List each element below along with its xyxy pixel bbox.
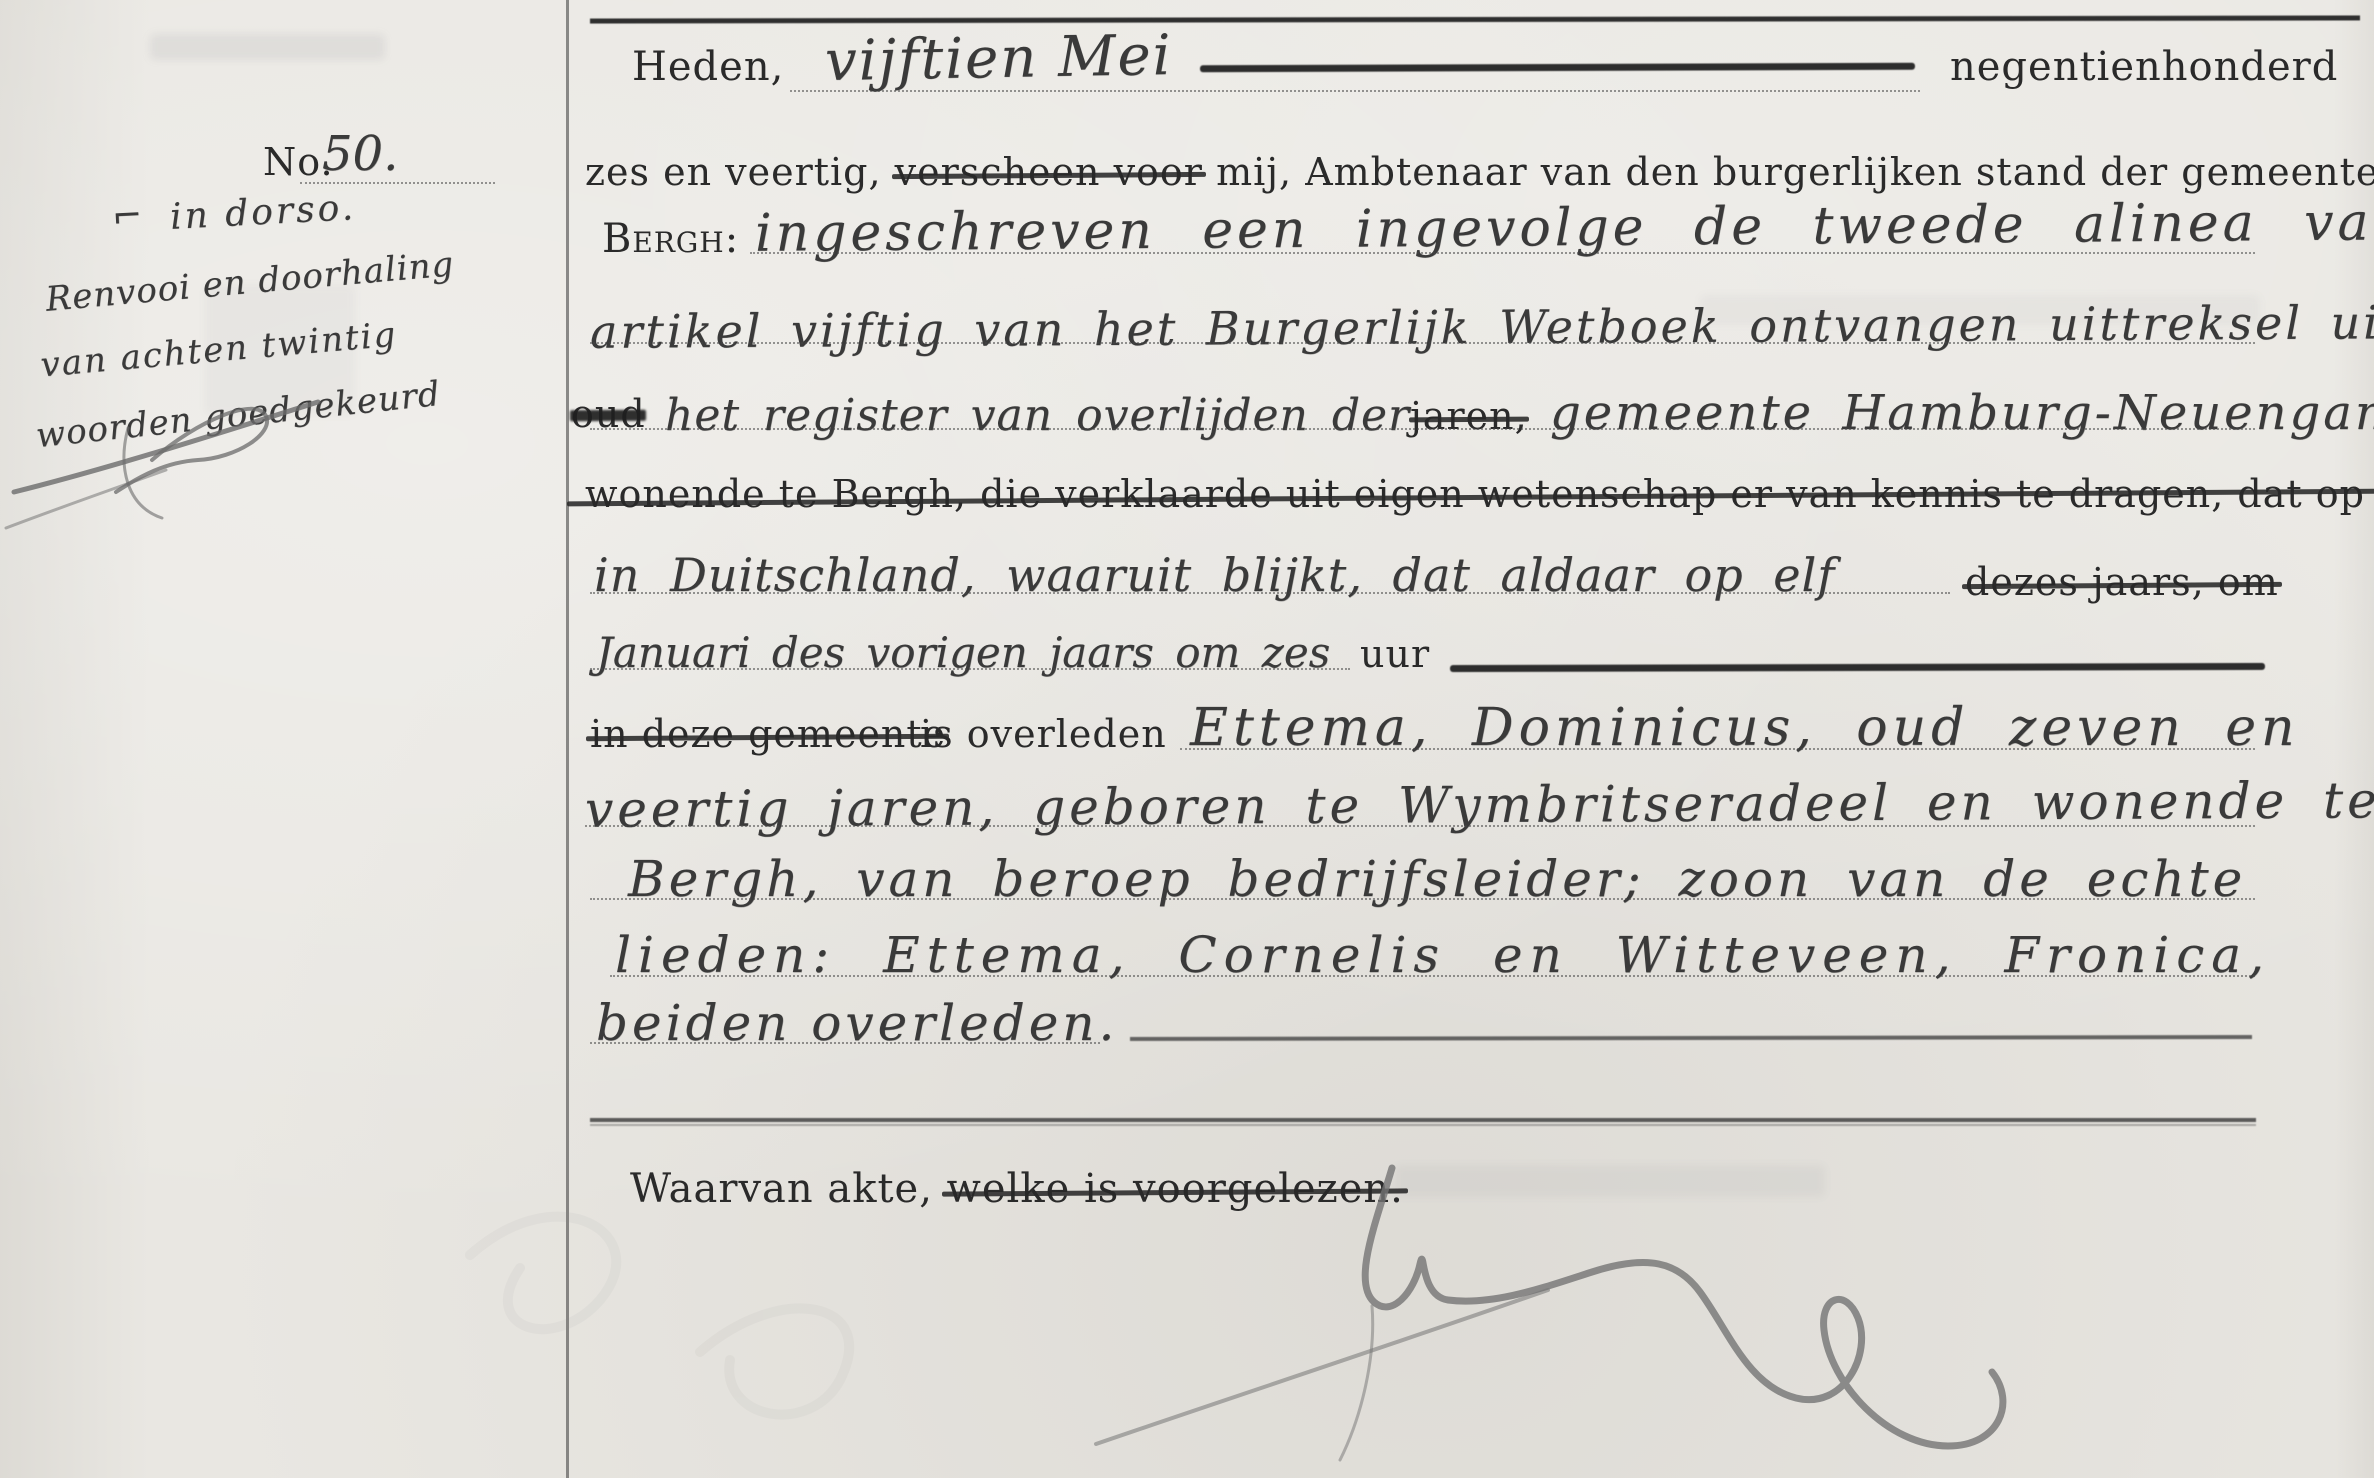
printed-negentienhonderd: negentienhonderd	[1950, 44, 2338, 90]
printed-is-overleden: is overleden	[920, 712, 1167, 756]
printed-uur: uur	[1360, 632, 1430, 676]
struck-welke-voorgelezen: welke is voorgelezen.	[947, 1166, 1404, 1212]
ruled-line-13	[590, 1042, 1100, 1044]
ruled-line-8	[590, 668, 1350, 670]
struck-jaren-wrap: jaren,	[1410, 394, 1528, 438]
closing-rule-full	[590, 1118, 2256, 1122]
margin-note-dorso: in dorso.	[169, 187, 357, 238]
printed-ambtenaar: mij, Ambtenaar van den burgerlijken stan…	[1216, 150, 2374, 194]
ruled-line-5	[590, 428, 2255, 430]
ruled-line-7	[590, 592, 1950, 594]
struck-verscheen-voor: verscheen voor	[895, 150, 1203, 194]
ruled-line-3	[750, 252, 2255, 254]
faint-scribble	[470, 1217, 849, 1415]
date-dotted-line	[790, 90, 1920, 92]
struck-dezes-jaars: dezes jaars, om	[1965, 560, 2279, 604]
printed-zes-en-veertig: zes en veertig,	[585, 150, 882, 194]
margin-note-dorso-mark: ⌐	[111, 195, 143, 238]
date-filler-stroke	[1200, 63, 1915, 72]
margin-divider-line	[566, 0, 569, 1478]
ruled-line-12	[610, 975, 2255, 977]
handwritten-veertig-jaren: veertig jaren, geboren te Wymbritseradee…	[585, 771, 2374, 838]
printed-year-line: zes en veertig, verscheen voor mij, Ambt…	[585, 150, 2374, 194]
closing-rule-full-echo	[590, 1124, 2256, 1126]
bleed-through-artifact	[1395, 1165, 1825, 1197]
act-number-dotted-line	[300, 182, 495, 184]
struck-wonende-wrap: wonende te Bergh, die verklaarde uit eig…	[585, 472, 2365, 516]
struck-jaren: jaren,	[1410, 394, 1528, 438]
bleed-through-artifact	[150, 34, 385, 60]
ruled-line-4	[590, 342, 2255, 344]
struck-dezes-wrap: dezes jaars, om	[1965, 560, 2279, 604]
printed-waarvan-akte: Waarvan akte,	[630, 1166, 933, 1212]
death-record-page: No. 50. ⌐ in dorso. Renvooi en doorhalin…	[0, 0, 2374, 1478]
printed-heden: Heden,	[632, 44, 784, 90]
ruled-line-11	[590, 898, 2255, 900]
act-number: 50.	[322, 126, 398, 182]
struck-wonende-line: wonende te Bergh, die verklaarde uit eig…	[585, 472, 2365, 516]
printed-gemeente-bergh: Bergh:	[602, 216, 739, 262]
top-rule-line	[590, 15, 2360, 23]
handwritten-register: het register van overlijden der	[665, 390, 1410, 441]
handwritten-artikel-vijftig: artikel vijftig van het Burgerlijk Wetbo…	[590, 295, 2374, 358]
uur-filler-stroke	[1450, 663, 2265, 672]
ruled-line-9	[1180, 748, 2255, 750]
closing-waarvan-line: Waarvan akte, welke is voorgelezen.	[630, 1166, 1404, 1212]
closing-rule-short	[1130, 1035, 2252, 1041]
struck-in-deze-wrap: in deze gemeente	[590, 712, 946, 756]
ruled-line-10	[585, 825, 2255, 827]
handwritten-hamburg-neuengamme: gemeente Hamburg-Neuengamme	[1550, 385, 2374, 441]
struck-in-deze-gemeente: in deze gemeente	[590, 712, 946, 756]
handwritten-date: vijftien Mei	[824, 23, 1173, 94]
